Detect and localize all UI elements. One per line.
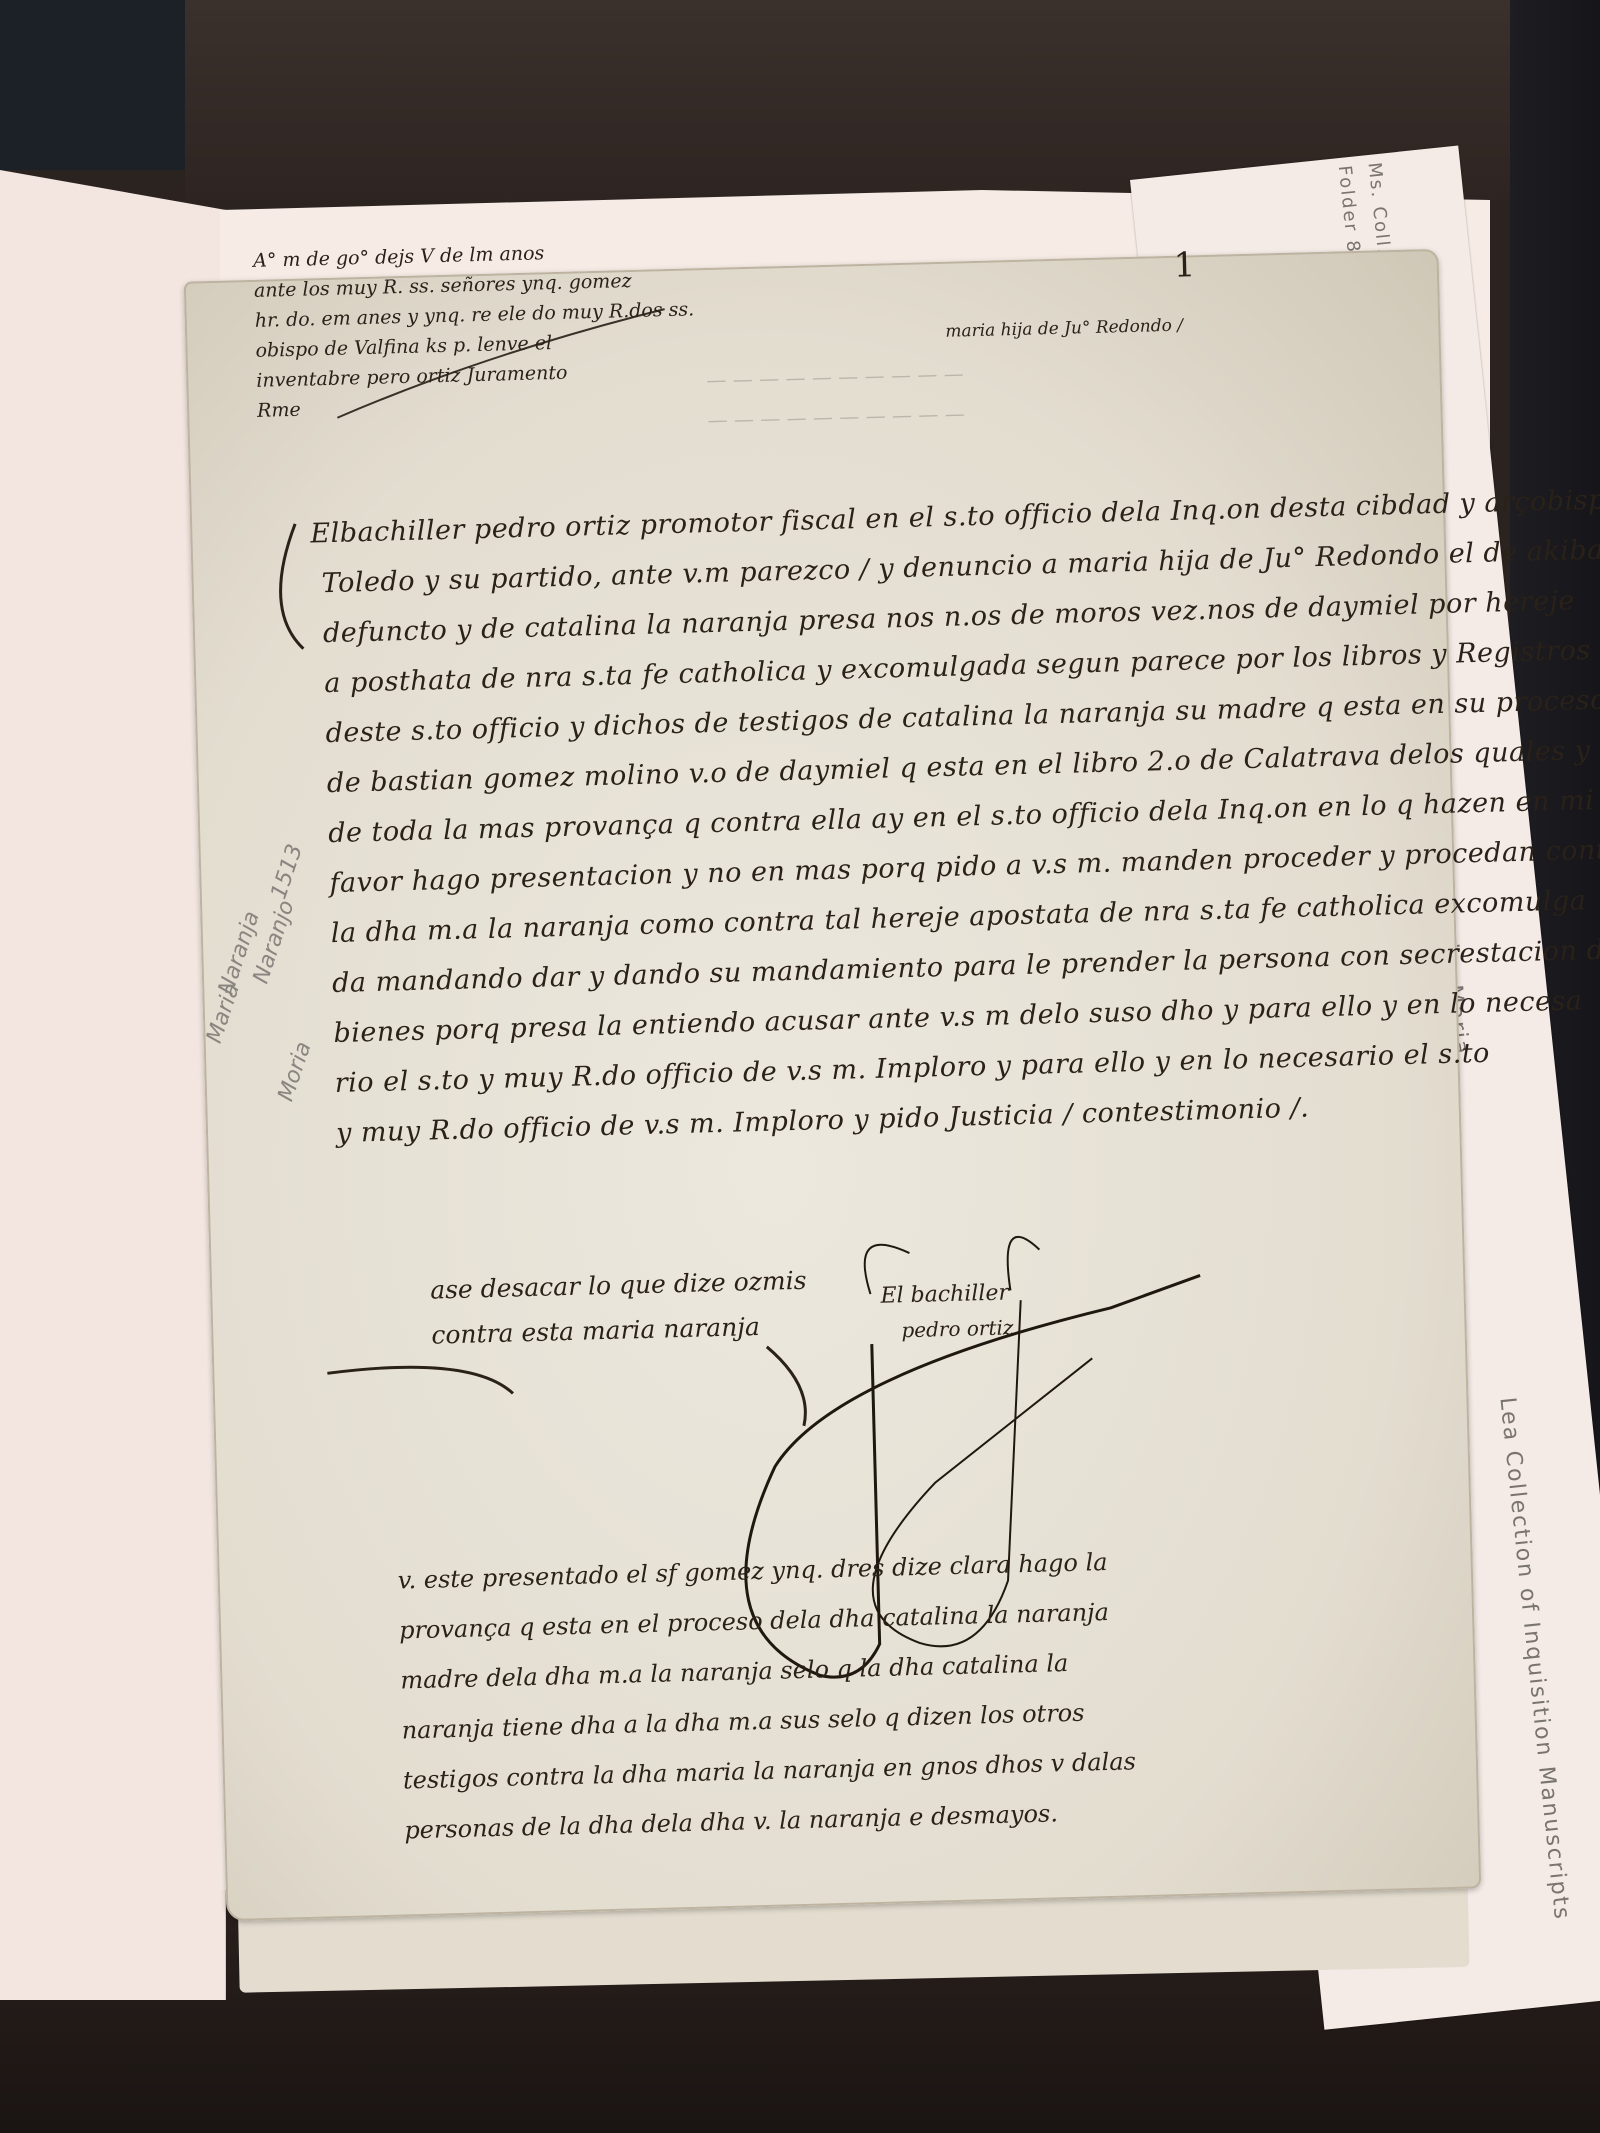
signature-line: El bachiller bbox=[880, 1280, 1009, 1308]
table-surface-left bbox=[0, 0, 185, 170]
folder-number: Folder 8 bbox=[1334, 164, 1364, 255]
collection-label: Lea Collection of Inquisition Manuscript… bbox=[1494, 1396, 1574, 1922]
signature-line: pedro ortiz bbox=[901, 1315, 1014, 1342]
folio-number: 1 bbox=[1173, 245, 1196, 286]
manuscript-page: 1 maria hija de Ju° Redondo / A° m de go… bbox=[184, 249, 1482, 1921]
top-note-line: Rme bbox=[257, 399, 301, 422]
